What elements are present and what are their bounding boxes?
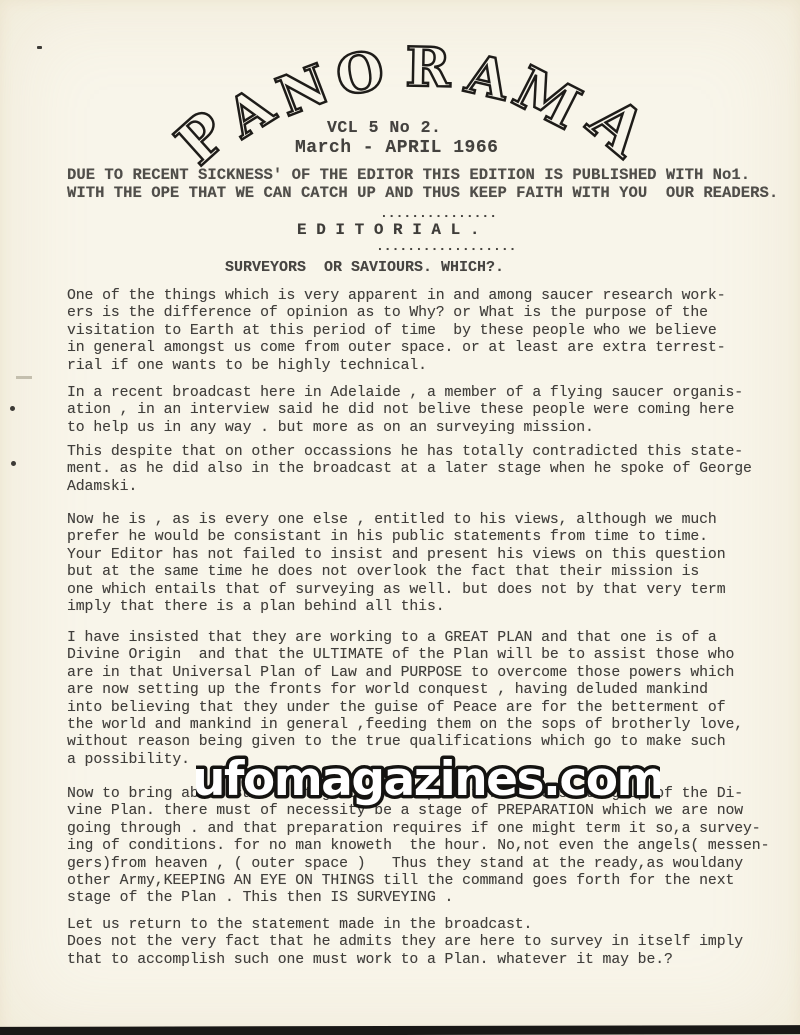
paragraph-7: Let us return to the statement made in t… [67, 917, 743, 969]
editorial-heading: E D I T O R I A L . [297, 221, 479, 239]
paragraph-1: One of the things which is very apparent… [67, 288, 725, 375]
masthead-letter: A [577, 87, 656, 168]
article-subheading: SURVEYORS OR SAVIOURS. WHICH?. [225, 259, 504, 276]
paragraph-2: In a recent broadcast here in Adelaide ,… [67, 385, 743, 437]
watermark: ufomagazines.com [196, 742, 660, 818]
notice-line-1: DUE TO RECENT SICKNESS' OF THE EDITOR TH… [67, 166, 750, 184]
notice-line-2: WITH THE OPE THAT WE CAN CATCH UP AND TH… [67, 184, 778, 202]
scan-speck [11, 461, 16, 466]
scanned-magazine-page: P A N O R A M A VCL 5 No 2. March - APRI… [0, 0, 800, 1035]
paragraph-4: Now he is , as is every one else , entit… [67, 512, 725, 616]
masthead-letter: A [462, 46, 515, 108]
masthead-letter: M [505, 58, 589, 139]
paragraph-3: This despite that on other occassions he… [67, 444, 752, 496]
watermark-text: ufomagazines.com [196, 752, 660, 807]
scan-smudge [16, 376, 32, 379]
scan-edge-bar [0, 1025, 800, 1035]
masthead-letter: R [405, 40, 451, 95]
date-line: March - APRIL 1966 [295, 138, 498, 158]
scan-speck [10, 406, 15, 411]
volume-line: VCL 5 No 2. [327, 118, 441, 137]
dots-separator-top: ............... [380, 206, 497, 221]
scan-speck [37, 46, 42, 49]
masthead-letter: N [270, 56, 335, 124]
masthead-letter: O [332, 42, 388, 103]
dots-separator-bottom: .................. [376, 239, 516, 254]
